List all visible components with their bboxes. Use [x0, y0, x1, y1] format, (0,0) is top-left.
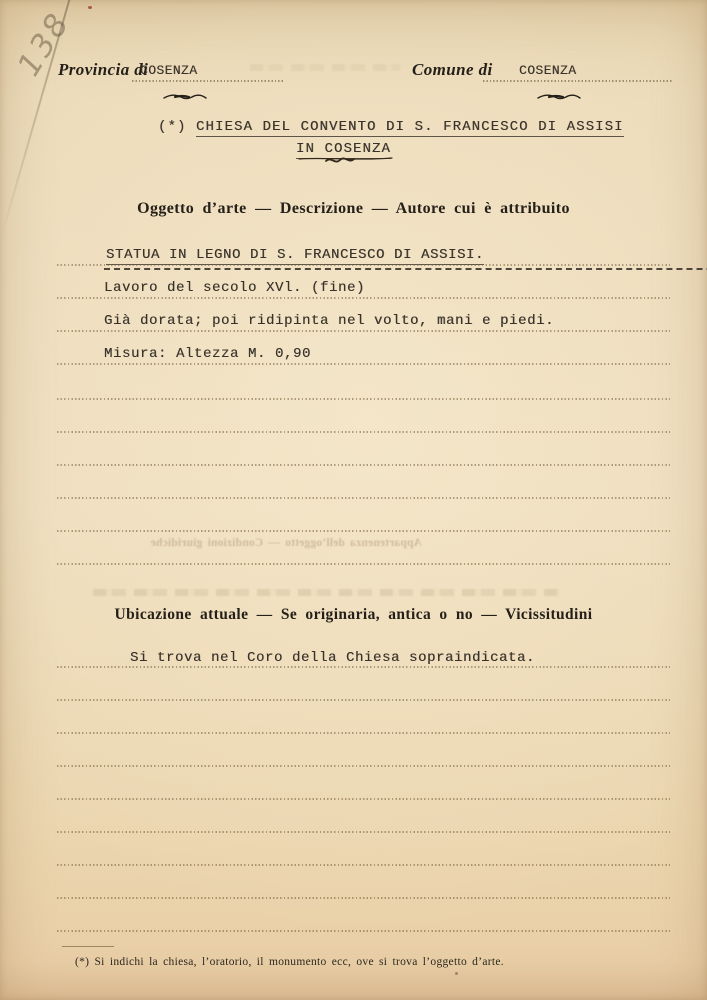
comune-dotted-underline: [483, 80, 673, 82]
ruled-line: [57, 765, 670, 767]
entry-line-location: Si trova nel Coro della Chiesa sopraindi…: [130, 650, 535, 666]
ruled-line: [57, 699, 670, 701]
province-label: Provincia di: [58, 60, 148, 80]
ruled-line: [57, 563, 670, 565]
comune-value: COSENZA: [519, 63, 576, 78]
ruled-line: [57, 897, 670, 899]
province-dotted-underline: [132, 80, 285, 82]
flourish-ornament: [162, 91, 208, 103]
verso-showthrough-text: [93, 589, 560, 596]
section-heading-location: Ubicazione attuale — Se originaria, anti…: [0, 606, 707, 624]
verso-showthrough-text: [250, 64, 400, 71]
entry-line-condition: Già dorata; poi ridipinta nel volto, man…: [104, 313, 554, 329]
footnote-text: (*) Si indichi la chiesa, l’oratorio, il…: [75, 956, 504, 968]
ruled-line: [57, 264, 670, 266]
paper-sheet: 138 Provincia di COSENZA Comune di COSEN…: [0, 0, 707, 1000]
section-heading-object: Oggetto d’arte — Descrizione — Autore cu…: [0, 200, 707, 218]
ruled-line: [57, 930, 670, 932]
ruled-line: [57, 431, 670, 433]
flourish-ornament: [536, 91, 582, 103]
ruled-line: [57, 330, 670, 332]
entry-line-period: Lavoro del secolo XVl. (fine): [104, 280, 365, 296]
title-flourish: [298, 155, 394, 165]
ruled-line: [57, 666, 670, 668]
ruled-line: [57, 530, 670, 532]
footnote-separator: [62, 946, 114, 947]
ruled-line: [57, 297, 670, 299]
province-value: COSENZA: [140, 63, 197, 78]
ruled-line: [57, 831, 670, 833]
title-asterisk-marker: (*): [158, 119, 187, 135]
ruled-line: [57, 398, 670, 400]
ruled-line: [57, 864, 670, 866]
ruled-line: [57, 497, 670, 499]
entry-line-measure: Misura: Altezza M. 0,90: [104, 346, 311, 362]
paper-speck: [88, 6, 92, 9]
ruled-line: [57, 464, 670, 466]
title-text: CHIESA DEL CONVENTO DI S. FRANCESCO DI A…: [196, 119, 624, 137]
verso-showthrough-heading: Appartenenza dell’oggetto — Condizioni g…: [178, 537, 422, 549]
comune-label: Comune di: [412, 60, 493, 80]
ruled-line: [57, 363, 670, 365]
entry-line-object-name: STATUA IN LEGNO DI S. FRANCESCO DI ASSIS…: [106, 247, 707, 263]
paper-speck: [455, 972, 458, 975]
document-title-line1: (*) CHIESA DEL CONVENTO DI S. FRANCESCO …: [158, 119, 624, 135]
ruled-line: [57, 732, 670, 734]
ruled-line: [57, 798, 670, 800]
